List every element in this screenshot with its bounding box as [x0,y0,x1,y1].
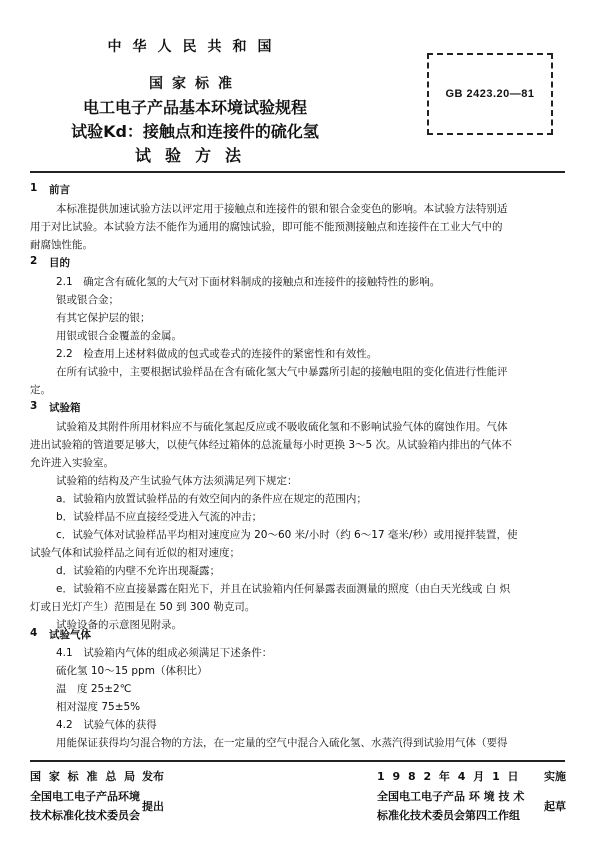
paragraph-line: 灯或日光灯产生）范围是在 50 到 300 勒克司。 [30,599,255,614]
document-title-line-1: 电工电子产品基本环境试验规程 [0,95,390,118]
paragraph-line: 试验气体和试验样品之间有近似的相对速度； [30,545,240,560]
gas-h2s-spec: 硫化氢 10～15 ppm（体积比） [56,663,207,678]
drafter-line-2: 标准化技术委员会第四工作组 [377,807,520,823]
section-4-number: 4 [30,627,37,639]
section-1-number: 1 [30,182,37,194]
proposer-line-1: 全国电工电子产品环境 [30,788,140,804]
paragraph-line: 进出试验箱的管道要足够大，以使气体经过箱体的总流量每小时更换 3～5 次。从试验… [30,437,512,452]
gas-temperature-spec: 温 度 25±2℃ [56,681,131,696]
section-2-number: 2 [30,255,37,267]
document-title-line-2: 试验Kd：接触点和连接件的硫化氢 [0,119,390,142]
paragraph-line: 2.2 检查用上述材料做成的包式或卷式的连接件的紧密性和有效性。 [56,346,377,361]
propose-label: 提出 [142,798,164,814]
section-4-heading: 试验气体 [49,627,91,642]
section-3-number: 3 [30,400,37,412]
issue-label: 发布 [142,768,164,784]
paragraph-line: 4.1 试验箱内气体的组成必须满足下述条件： [56,645,272,660]
paragraph-line: 在所有试验中，主要根据试验样品在含有硫化氢大气中暴露所引起的接触电阻的变化值进行… [56,364,508,379]
paragraph-line: 耐腐蚀性能。 [30,237,93,252]
standard-code-box: GB 2423.20—81 [427,53,553,135]
paragraph-line: 4.2 试验气体的获得 [56,717,157,732]
implementation-date: 1 9 8 2 年 4 月 1 日 [377,768,521,784]
draft-label: 起草 [544,798,566,814]
implement-label: 实施 [544,768,566,784]
paragraph-line: 用于对比试验。本试验方法不能作为通用的腐蚀试验，即可能不能预测接触点和连接件在工… [30,219,503,234]
issuer: 国 家 标 准 总 局 [30,768,137,784]
paragraph-line: 允许进入实验室。 [30,455,114,470]
section-1-heading: 前言 [49,182,70,197]
standard-code: GB 2423.20—81 [445,88,534,100]
list-item-e: e．试验箱不应直接暴露在阳光下，并且在试验箱内任何暴露表面测量的照度（由白天光线… [56,581,510,596]
paragraph-line: 试验箱及其附件所用材料应不与硫化氢起反应或不吸收硫化氢和不影响试验气体的腐蚀作用… [56,419,508,434]
paragraph-line: 用能保证获得均匀混合物的方法，在一定量的空气中混合入硫化氢、水蒸汽得到试验用气体… [56,735,508,750]
list-item-b: b．试验样品不应直接经受进入气流的冲击； [56,509,262,524]
paragraph-line: 本标准提供加速试验方法以评定用于接触点和连接件的银和银合金变色的影响。本试验方法… [56,201,508,216]
bottom-divider [30,760,565,762]
paragraph-line: 有其它保护层的银； [56,310,151,325]
gas-humidity-spec: 相对湿度 75±5% [56,699,140,714]
section-3-heading: 试验箱 [49,400,81,415]
proposer-line-2: 技术标准化技术委员会 [30,807,140,823]
paragraph-line: 银或银合金； [56,292,119,307]
paragraph-line: 2.1 确定含有硫化氢的大气对下面材料制成的接触点和连接件的接触特性的影响。 [56,274,440,289]
country-name: 中华人民共和国 [0,36,390,56]
paragraph-line: 用银或银合金覆盖的金属。 [56,328,182,343]
paragraph-line: 试验箱的结构及产生试验气体方法须满足列下规定： [56,473,298,488]
standard-label: 国家标准 [0,73,390,93]
section-2-heading: 目的 [49,255,70,270]
list-item-d: d．试验箱的内壁不允许出现凝露； [56,563,220,578]
document-title-line-3: 试验方法 [0,143,390,166]
list-item-c: c．试验气体对试验样品平均相对速度应为 20～60 米/小时（约 6～17 毫米… [56,527,517,542]
top-divider [30,171,565,173]
list-item-a: a．试验箱内放置试验样品的有效空间内的条件应在规定的范围内； [56,491,367,506]
paragraph-line: 定。 [30,382,51,397]
drafter-line-1: 全国电工电子产品 环 境 技 术 [377,788,524,804]
